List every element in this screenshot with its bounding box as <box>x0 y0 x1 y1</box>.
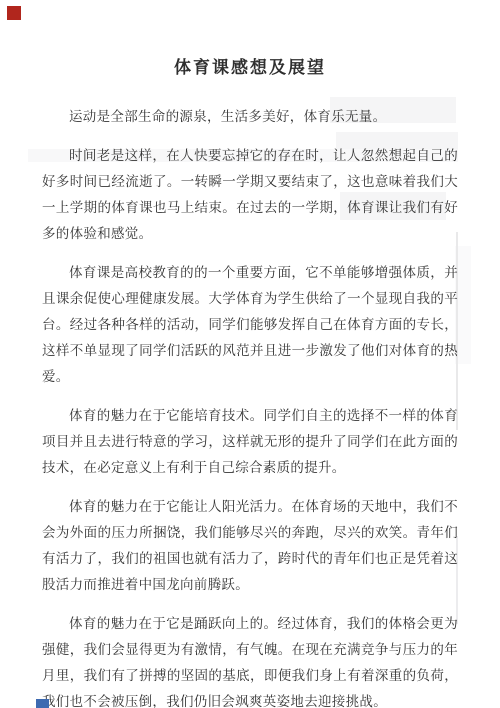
page-title: 体育课感想及展望 <box>42 0 458 80</box>
paragraph: 时间老是这样，在人快要忘掉它的存在时，让人忽然想起自己的好多时间已经流逝了。一转… <box>42 143 458 247</box>
paragraph: 体育的魅力在于它能让人阳光活力。在体育场的天地中，我们不会为外面的压力所捆饶，我… <box>42 494 458 598</box>
red-corner-marker <box>7 6 21 20</box>
document-page: 体育课感想及展望 运动是全部生命的源泉，生活多美好，体育乐无量。 时间老是这样，… <box>42 0 458 708</box>
paragraph: 体育课是高校教育的的一个重要方面，它不单能够增强体质，并且课余促使心理健康发展。… <box>42 260 458 390</box>
blue-corner-marker <box>36 699 49 708</box>
document-body: 运动是全部生命的源泉，生活多美好，体育乐无量。 时间老是这样，在人快要忘掉它的存… <box>42 104 458 708</box>
paragraph: 体育的魅力在于它是踊跃向上的。经过体育，我们的体格会更为强健，我们会显得更为有激… <box>42 611 458 708</box>
paragraph: 运动是全部生命的源泉，生活多美好，体育乐无量。 <box>42 104 458 130</box>
paragraph: 体育的魅力在于它能培育技术。同学们自主的选择不一样的体育项目并且去进行特意的学习… <box>42 403 458 481</box>
